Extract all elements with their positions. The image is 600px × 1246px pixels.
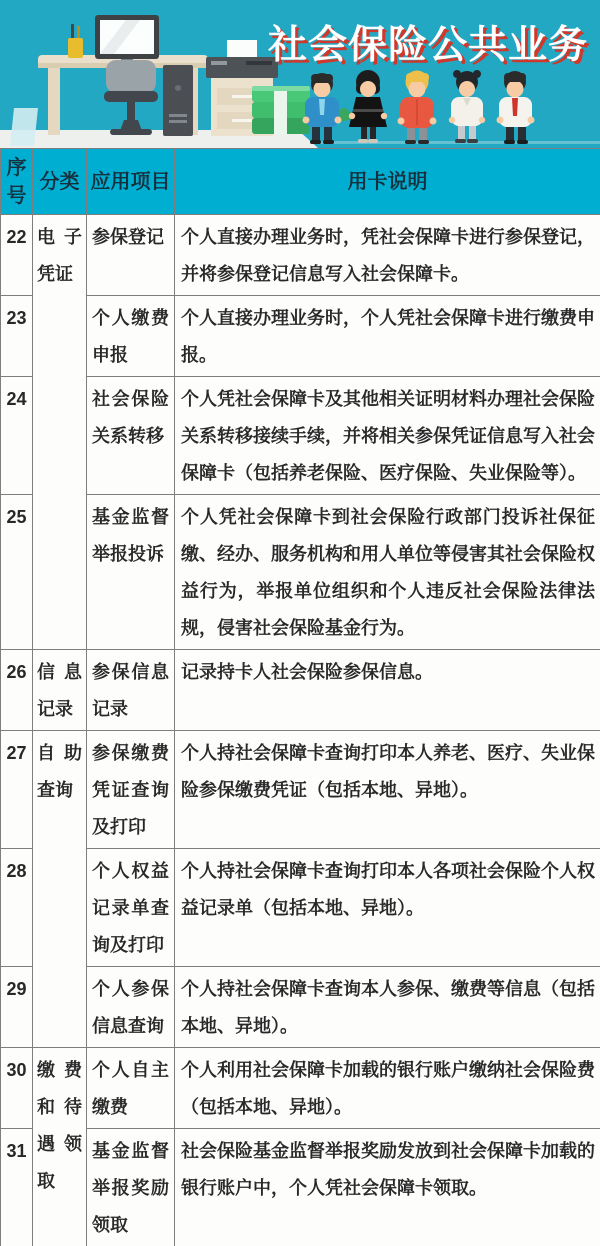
row-number-cell: 22 — [1, 215, 33, 296]
usage-description-cell: 个人持社会保障卡查询打印本人各项社会保险个人权益记录单（包括本地、异地）。 — [175, 849, 600, 967]
header-no: 序号 — [1, 149, 33, 215]
row-number-cell: 28 — [1, 849, 33, 967]
row-number-cell: 31 — [1, 1129, 33, 1246]
application-item-cell: 个人参保信息查询 — [87, 967, 175, 1048]
usage-description-cell: 个人持社会保障卡查询本人参保、缴费等信息（包括本地、异地）。 — [175, 967, 600, 1048]
application-item-cell: 个人缴费申报 — [87, 296, 175, 377]
application-item-cell: 个人自主缴费 — [87, 1048, 175, 1129]
application-item-cell: 参保信息记录 — [87, 650, 175, 731]
application-item-cell: 基金监督举报奖励领取 — [87, 1129, 175, 1246]
application-item-cell: 社会保险关系转移 — [87, 377, 175, 495]
row-number-cell: 23 — [1, 296, 33, 377]
table-row: 30缴费和待遇领取个人自主缴费个人利用社会保障卡加载的银行账户缴纳社会保险费（包… — [1, 1048, 600, 1129]
table-row: 25基金监督举报投诉个人凭社会保障卡到社会保险行政部门投诉社保征缴、经办、服务机… — [1, 495, 600, 650]
row-number-cell: 24 — [1, 377, 33, 495]
usage-description-cell: 个人直接办理业务时，个人凭社会保障卡进行缴费申报。 — [175, 296, 600, 377]
application-item-cell: 个人权益记录单查询及打印 — [87, 849, 175, 967]
table-row: 28个人权益记录单查询及打印个人持社会保障卡查询打印本人各项社会保险个人权益记录… — [1, 849, 600, 967]
table-row: 27自助查询参保缴费凭证查询及打印个人持社会保障卡查询打印本人养老、医疗、失业保… — [1, 731, 600, 849]
monitor-icon — [95, 15, 159, 65]
usage-description-cell: 记录持卡人社会保险参保信息。 — [175, 650, 600, 731]
usage-description-cell: 个人持社会保障卡查询打印本人养老、医疗、失业保险参保缴费凭证（包括本地、异地）。 — [175, 731, 600, 849]
row-number-cell: 30 — [1, 1048, 33, 1129]
table-row: 24社会保险关系转移个人凭社会保障卡及其他相关证明材料办理社会保险关系转移接续手… — [1, 377, 600, 495]
row-number-cell: 27 — [1, 731, 33, 849]
table-row: 22电子凭证参保登记个人直接办理业务时，凭社会保障卡进行参保登记，并将参保登记信… — [1, 215, 600, 296]
usage-description-cell: 个人凭社会保障卡到社会保险行政部门投诉社保征缴、经办、服务机构和用人单位等侵害其… — [175, 495, 600, 650]
application-item-cell: 基金监督举报投诉 — [87, 495, 175, 650]
row-number-cell: 29 — [1, 967, 33, 1048]
table-row: 31基金监督举报奖励领取社会保险基金监督举报奖励发放到社会保障卡加载的银行账户中… — [1, 1129, 600, 1246]
social-insurance-table: 序号 分类 应用项目 用卡说明 22电子凭证参保登记个人直接办理业务时，凭社会保… — [0, 148, 600, 1246]
usage-description-cell: 个人凭社会保障卡及其他相关证明材料办理社会保险关系转移接续手续，并将相关参保凭证… — [175, 377, 600, 495]
table-row: 23个人缴费申报个人直接办理业务时，个人凭社会保障卡进行缴费申报。 — [1, 296, 600, 377]
category-cell: 电子凭证 — [33, 215, 87, 650]
paper-sheet-icon — [10, 108, 38, 146]
header-usage: 用卡说明 — [175, 149, 600, 215]
table-header-row: 序号 分类 应用项目 用卡说明 — [1, 149, 600, 215]
table-body: 22电子凭证参保登记个人直接办理业务时，凭社会保障卡进行参保登记，并将参保登记信… — [1, 215, 600, 1246]
pc-tower-icon — [163, 65, 193, 136]
banner: 社会保险公共业务 — [0, 0, 600, 148]
banner-title: 社会保险公共业务 — [268, 14, 588, 70]
row-number-cell: 25 — [1, 495, 33, 650]
application-item-cell: 参保缴费凭证查询及打印 — [87, 731, 175, 849]
category-cell: 自助查询 — [33, 731, 87, 1048]
usage-description-cell: 个人利用社会保障卡加载的银行账户缴纳社会保险费（包括本地、异地）。 — [175, 1048, 600, 1129]
page: 社会保险公共业务 序号 分类 应用项目 用卡说明 22电子凭证参保登记个人直接办… — [0, 0, 600, 1246]
row-number-cell: 26 — [1, 650, 33, 731]
category-cell: 信息记录 — [33, 650, 87, 731]
table-header: 序号 分类 应用项目 用卡说明 — [1, 149, 600, 215]
application-item-cell: 参保登记 — [87, 215, 175, 296]
table-row: 29个人参保信息查询个人持社会保障卡查询本人参保、缴费等信息（包括本地、异地）。 — [1, 967, 600, 1048]
usage-description-cell: 社会保险基金监督举报奖励发放到社会保障卡加载的银行账户中，个人凭社会保障卡领取。 — [175, 1129, 600, 1246]
header-item: 应用项目 — [87, 149, 175, 215]
header-category: 分类 — [33, 149, 87, 215]
category-cell: 缴费和待遇领取 — [33, 1048, 87, 1246]
table-row: 26信息记录参保信息记录记录持卡人社会保险参保信息。 — [1, 650, 600, 731]
usage-description-cell: 个人直接办理业务时，凭社会保障卡进行参保登记，并将参保登记信息写入社会保障卡。 — [175, 215, 600, 296]
